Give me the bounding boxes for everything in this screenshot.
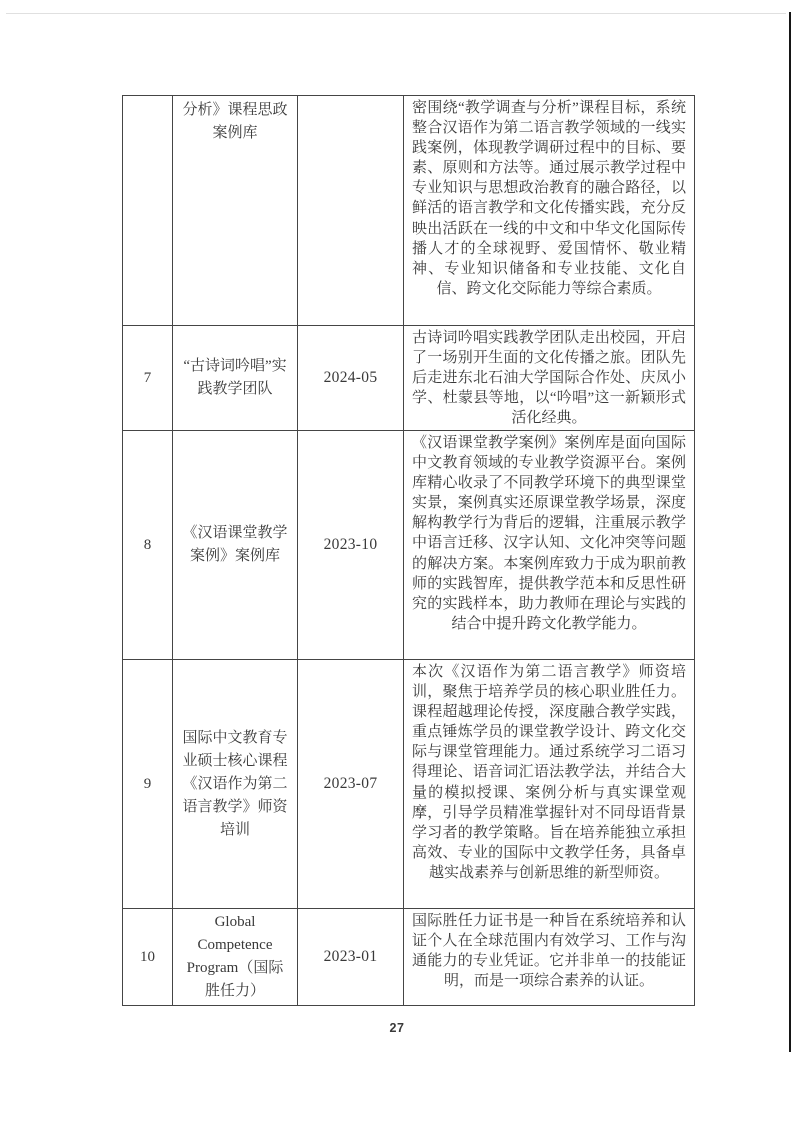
table-row-continuation: 分析》课程思政案例库 密围绕“教学调查与分析”课程目标，系统整合汉语作为第二语言…	[123, 96, 695, 326]
table-row-8: 8 《汉语课堂教学案例》案例库 2023-10 《汉语课堂教学案例》案例库是面向…	[123, 431, 695, 660]
description-cell: 本次《汉语作为第二语言教学》师资培训，聚焦于培养学员的核心职业胜任力。课程超越理…	[404, 660, 695, 909]
date-cell: 2023-10	[298, 431, 404, 660]
project-name-cell: “古诗词吟唱”实践教学团队	[173, 326, 298, 431]
project-name-cell: 分析》课程思政案例库	[173, 96, 298, 326]
table-row-7: 7 “古诗词吟唱”实践教学团队 2024-05 古诗词吟唱实践教学团队走出校园，…	[123, 326, 695, 431]
description-cell: 《汉语课堂教学案例》案例库是面向国际中文教育领域的专业教学资源平台。案例库精心收…	[404, 431, 695, 660]
project-name-cell: 《汉语课堂教学案例》案例库	[173, 431, 298, 660]
row-number-cell: 8	[123, 431, 173, 660]
row-number-cell: 10	[123, 909, 173, 1006]
document-page: 分析》课程思政案例库 密围绕“教学调查与分析”课程目标，系统整合汉语作为第二语言…	[0, 0, 794, 1122]
project-name-cell: Global Competence Program（国际胜任力）	[173, 909, 298, 1006]
row-number-cell: 9	[123, 660, 173, 909]
scan-top-edge-artifact	[6, 13, 786, 14]
scan-right-edge-artifact	[789, 12, 791, 1052]
description-cell: 古诗词吟唱实践教学团队走出校园，开启了一场别开生面的文化传播之旅。团队先后走进东…	[404, 326, 695, 431]
row-number-cell	[123, 96, 173, 326]
achievements-table: 分析》课程思政案例库 密围绕“教学调查与分析”课程目标，系统整合汉语作为第二语言…	[122, 95, 695, 1006]
date-cell	[298, 96, 404, 326]
table-row-9: 9 国际中文教育专业硕士核心课程《汉语作为第二语言教学》师资培训 2023-07…	[123, 660, 695, 909]
project-name-cell: 国际中文教育专业硕士核心课程《汉语作为第二语言教学》师资培训	[173, 660, 298, 909]
date-cell: 2023-07	[298, 660, 404, 909]
date-cell: 2023-01	[298, 909, 404, 1006]
description-cell: 国际胜任力证书是一种旨在系统培养和认证个人在全球范围内有效学习、工作与沟通能力的…	[404, 909, 695, 1006]
description-cell: 密围绕“教学调查与分析”课程目标，系统整合汉语作为第二语言教学领域的一线实践案例…	[404, 96, 695, 326]
row-number-cell: 7	[123, 326, 173, 431]
page-number: 27	[0, 1021, 794, 1035]
date-cell: 2024-05	[298, 326, 404, 431]
table-row-10: 10 Global Competence Program（国际胜任力） 2023…	[123, 909, 695, 1006]
